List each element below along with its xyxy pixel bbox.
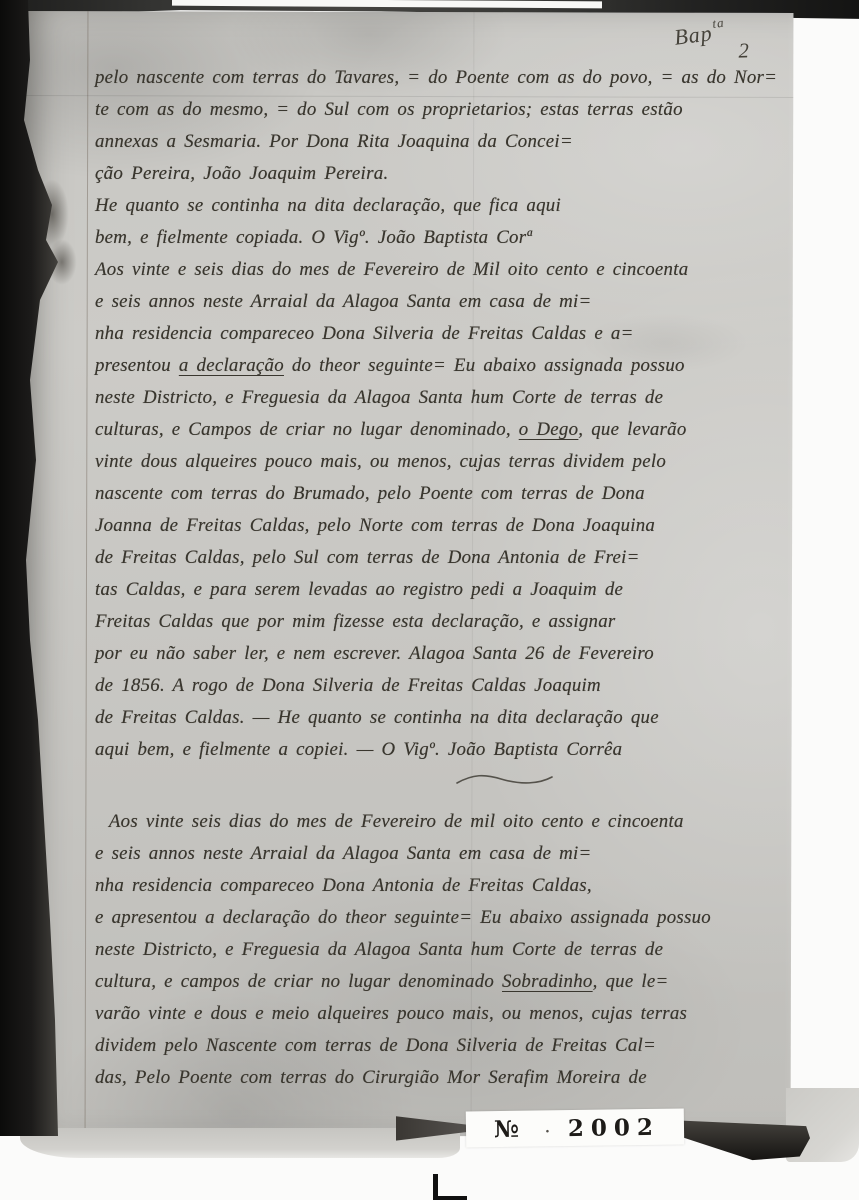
- page-bottom-edge: [20, 1128, 460, 1158]
- document-scan: Bapta 2 pelo nascente com terras do Tava…: [0, 0, 859, 1200]
- manuscript-line: tas Caldas, e para serem levadas ao regi…: [95, 574, 785, 606]
- manuscript-line: por eu não saber ler, e nem escrever. Al…: [95, 638, 785, 670]
- manuscript-line: neste Districto, e Freguesia da Alagoa S…: [95, 382, 785, 414]
- manuscript-line: culturas, e Campos de criar no lugar den…: [95, 414, 785, 446]
- manuscript-line: das, Pelo Poente com terras do Cirurgião…: [95, 1062, 785, 1094]
- flourish-mark: [455, 772, 555, 788]
- crop-mark: [433, 1174, 467, 1200]
- manuscript-line: e seis annos neste Arraial da Alagoa San…: [95, 838, 785, 870]
- folio-annotation-text: Bapta: [673, 19, 726, 50]
- manuscript-line: Aos vinte e seis dias do mes de Fevereir…: [95, 254, 785, 286]
- manuscript-line: nascente com terras do Brumado, pelo Poe…: [95, 478, 785, 510]
- archive-number: 2002: [568, 1113, 660, 1141]
- manuscript-line: pelo nascente com terras do Tavares, = d…: [95, 62, 785, 94]
- manuscript-line: varão vinte e dous e meio alqueires pouc…: [95, 998, 785, 1030]
- manuscript-text: pelo nascente com terras do Tavares, = d…: [95, 62, 790, 1094]
- archive-number-label: № . 2002: [466, 1108, 684, 1147]
- manuscript-line: nha residencia compareceo Dona Silveria …: [95, 318, 785, 350]
- numero-sign: №: [494, 1115, 519, 1142]
- manuscript-line: ção Pereira, João Joaquim Pereira.: [95, 158, 790, 190]
- manuscript-line: e seis annos neste Arraial da Alagoa San…: [95, 286, 785, 318]
- manuscript-line: te com as do mesmo, = do Sul com os prop…: [95, 94, 785, 126]
- manuscript-line: aqui bem, e fielmente a copiei. — O Vigº…: [95, 734, 785, 766]
- folio-page-number: 2: [738, 38, 749, 63]
- margin-rule: [85, 11, 89, 1135]
- manuscript-line: de Freitas Caldas, pelo Sul com terras d…: [95, 542, 785, 574]
- manuscript-line: neste Districto, e Freguesia da Alagoa S…: [95, 934, 785, 966]
- manuscript-line: nha residencia compareceo Dona Antonia d…: [95, 870, 785, 902]
- manuscript-line: annexas a Sesmaria. Por Dona Rita Joaqui…: [95, 126, 785, 158]
- manuscript-line: dividem pelo Nascente com terras de Dona…: [95, 1030, 785, 1062]
- manuscript-line: vinte dous alqueires pouco mais, ou meno…: [95, 446, 785, 478]
- manuscript-line: bem, e fielmente copiada. O Vigº. João B…: [95, 222, 785, 254]
- manuscript-line: e apresentou a declaração do theor segui…: [95, 902, 785, 934]
- manuscript-line: presentou a declaração do theor seguinte…: [95, 350, 785, 382]
- crop-mark-horizontal: [433, 1196, 467, 1200]
- manuscript-paragraph: pelo nascente com terras do Tavares, = d…: [95, 62, 790, 766]
- manuscript-line: He quanto se continha na dita declaração…: [95, 190, 785, 222]
- manuscript-line: cultura, e campos de criar no lugar deno…: [95, 966, 785, 998]
- manuscript-line: de 1856. A rogo de Dona Silveria de Frei…: [95, 670, 785, 702]
- manuscript-line: Aos vinte seis dias do mes de Fevereiro …: [95, 806, 785, 838]
- manuscript-paragraph: Aos vinte seis dias do mes de Fevereiro …: [95, 806, 790, 1094]
- label-separator-dot: .: [545, 1120, 550, 1136]
- manuscript-line: Freitas Caldas que por mim fizesse esta …: [95, 606, 785, 638]
- manuscript-line: Joanna de Freitas Caldas, pelo Norte com…: [95, 510, 785, 542]
- manuscript-line: de Freitas Caldas. — He quanto se contin…: [95, 702, 785, 734]
